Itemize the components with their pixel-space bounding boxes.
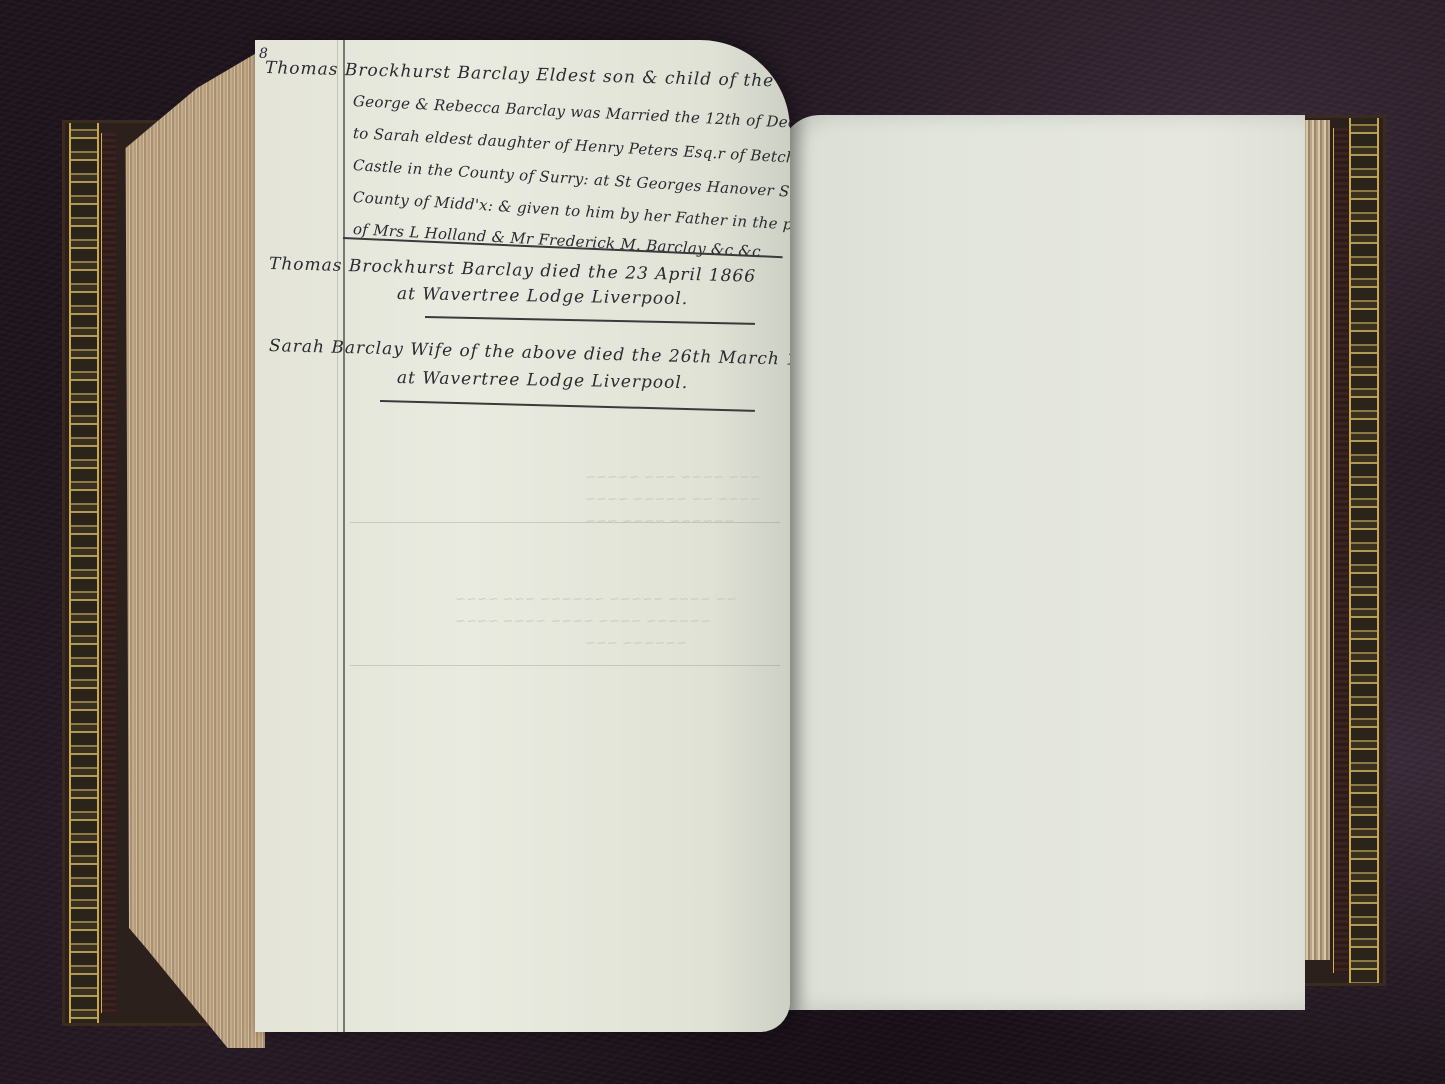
inner-board-right <box>1333 128 1348 973</box>
bleed-line: ~~~~~~ ~~~ <box>585 636 687 651</box>
margin-rule <box>343 40 345 1032</box>
entry-line: Sarah Barclay Wife of the above died the… <box>269 336 790 371</box>
bleed-line: ~~ ~~~~ ~~~~~ ~~~~~~ ~~~ ~~~~ <box>455 592 737 607</box>
right-page-blank <box>780 115 1305 1010</box>
inner-board-left <box>101 133 116 1013</box>
gilt-ornament-border-right <box>1349 118 1379 983</box>
divider-rule <box>425 316 755 325</box>
left-page: 8 Thomas Brockhurst Barclay Eldest son &… <box>255 40 790 1032</box>
bleed-line: ~~~~~~ ~~~~ ~~~~ ~~~~ ~~~~ <box>455 614 711 629</box>
bleed-rule <box>350 522 780 523</box>
margin-rule-faint <box>337 40 338 1032</box>
entry-line: Thomas Brockhurst Barclay died the 23 Ap… <box>269 254 757 287</box>
divider-rule <box>380 400 755 412</box>
entry-line: at Wavertree Lodge Liverpool. <box>397 368 689 393</box>
entry-line: at Wavertree Lodge Liverpool. <box>397 284 689 309</box>
bleed-rule <box>350 665 780 666</box>
gilt-ornament-border-left <box>69 123 99 1023</box>
bleed-line: ~~~~ ~~ ~~~~~ ~~~~ <box>585 492 761 507</box>
bleed-line: ~~~ ~~~~ ~~~ ~~~~~ <box>585 470 761 485</box>
